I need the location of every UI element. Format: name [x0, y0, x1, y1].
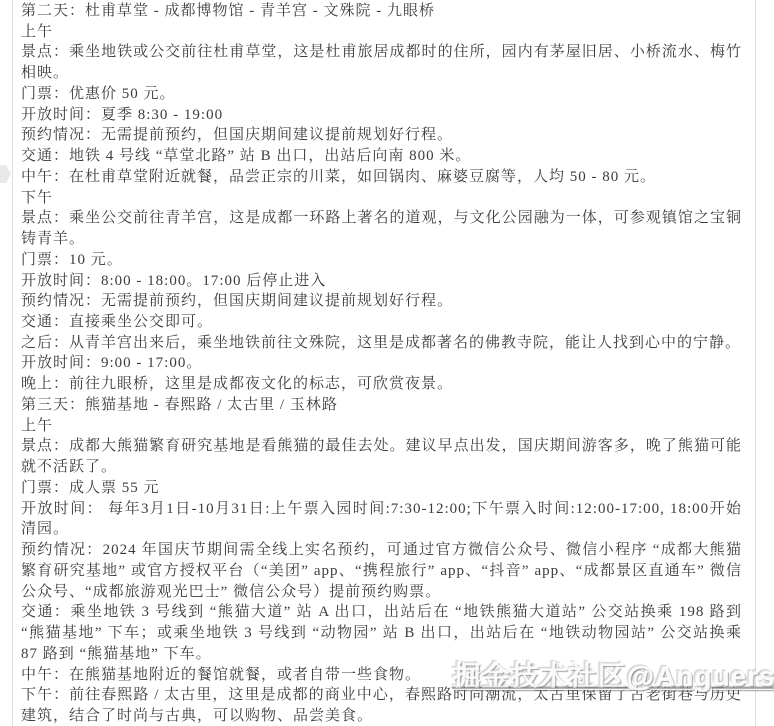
- day3-heading: 第三天：熊猫基地 - 春熙路 / 太古里 / 玉林路: [21, 395, 742, 416]
- day3-panda-hours: 开放时间： 每年3月1日-10月31日:上午票入园时间:7:30-12:00;下…: [21, 499, 742, 540]
- day2-morning-label: 上午: [21, 22, 742, 43]
- day3-morning-label: 上午: [21, 416, 742, 437]
- day2-evening: 晚上：前往九眼桥，这里是成都夜文化的标志，可欣赏夜景。: [21, 374, 742, 395]
- day2-dufu-transport: 交通：地铁 4 号线 “草堂北路” 站 B 出口，出站后向南 800 米。: [21, 146, 742, 167]
- itinerary-document: 第二天：杜甫草堂 - 成都博物馆 - 青羊宫 - 文殊院 - 九眼桥 上午 景点…: [21, 1, 742, 726]
- collapse-arrow-icon[interactable]: [0, 165, 11, 183]
- day2-wenshu-hours: 开放时间：9:00 - 17:00。: [21, 353, 742, 374]
- day2-afternoon-label: 下午: [21, 188, 742, 209]
- day2-dufu-hours: 开放时间：夏季 8:30 - 19:00: [21, 105, 742, 126]
- day3-lunch: 中午：在熊猫基地附近的餐馆就餐，或者自带一些食物。: [21, 665, 742, 686]
- day3-panda-booking: 预约情况：2024 年国庆节期间需全线上实名预约，可通过官方微信公众号、微信小程…: [21, 540, 742, 602]
- right-pane-border: [755, 0, 756, 726]
- day3-afternoon: 下午：前往春熙路 / 太古里，这里是成都的商业中心，春熙路时尚潮流，太古里保留了…: [21, 685, 742, 726]
- day3-panda-transport: 交通：乘坐地铁 3 号线到 “熊猫大道” 站 A 出口，出站后在 “地铁熊猫大道…: [21, 602, 742, 664]
- day2-qingyang-transport: 交通：直接乘坐公交即可。: [21, 312, 742, 333]
- day2-qingyang-booking: 预约情况：无需提前预约，但国庆期间建议提前规划好行程。: [21, 291, 742, 312]
- day2-dufu-booking: 预约情况：无需提前预约，但国庆期间建议提前规划好行程。: [21, 125, 742, 146]
- day2-lunch: 中午：在杜甫草堂附近就餐，品尝正宗的川菜，如回锅肉、麻婆豆腐等，人均 50 - …: [21, 167, 742, 188]
- day2-qingyang-ticket: 门票：10 元。: [21, 250, 742, 271]
- left-pane-border: [12, 0, 13, 726]
- day2-heading: 第二天：杜甫草堂 - 成都博物馆 - 青羊宫 - 文殊院 - 九眼桥: [21, 1, 742, 22]
- day2-wenshu-after: 之后：从青羊宫出来后，乘坐地铁前往文殊院，这里是成都著名的佛教寺院，能让人找到心…: [21, 333, 742, 354]
- day2-morning-sight: 景点：乘坐地铁或公交前往杜甫草堂，这是杜甫旅居成都时的住所，园内有茅屋旧居、小桥…: [21, 42, 742, 83]
- day2-dufu-ticket: 门票：优惠价 50 元。: [21, 84, 742, 105]
- day2-qingyang-sight: 景点：乘坐公交前往青羊宫，这是成都一环路上著名的道观，与文化公园融为一体，可参观…: [21, 208, 742, 249]
- day3-panda-sight: 景点：成都大熊猫繁育研究基地是看熊猫的最佳去处。建议早点出发，国庆期间游客多，晚…: [21, 436, 742, 477]
- day3-panda-ticket: 门票：成人票 55 元: [21, 478, 742, 499]
- day2-qingyang-hours: 开放时间：8:00 - 18:00。17:00 后停止进入: [21, 271, 742, 292]
